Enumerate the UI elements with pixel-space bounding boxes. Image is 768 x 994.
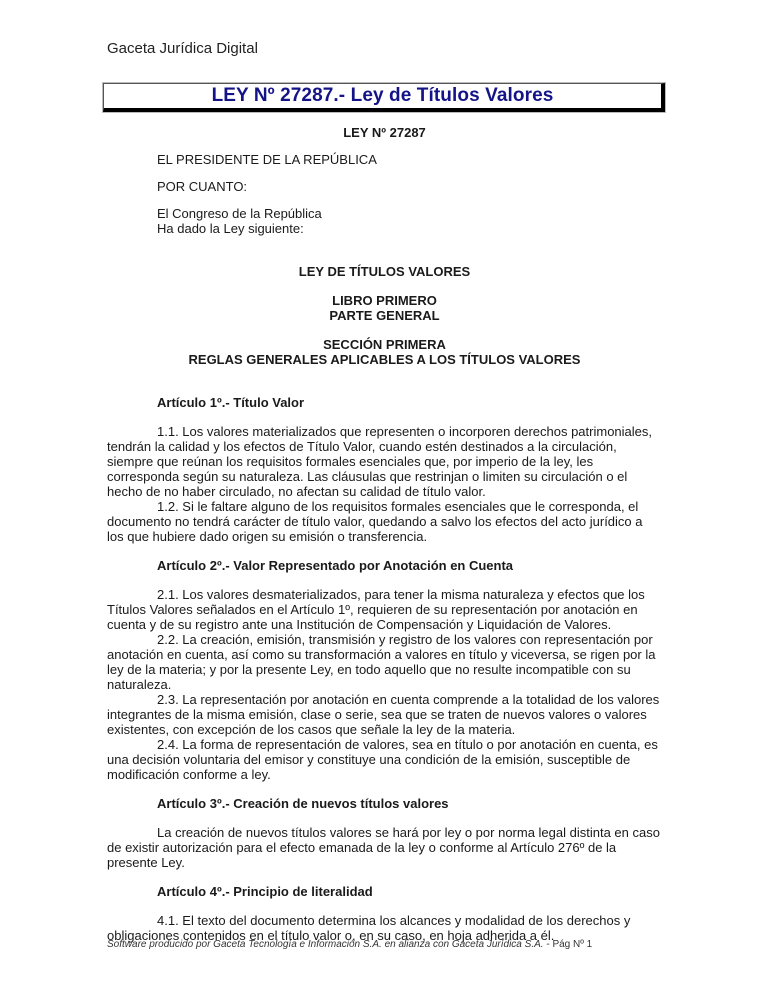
document-title-box: LEY Nº 27287.- Ley de Títulos Valores xyxy=(103,83,665,112)
article-1: Artículo 1º.- Título Valor1.1. Los valor… xyxy=(107,395,662,558)
section-title: SECCIÓN PRIMERA xyxy=(107,337,662,352)
article-paragraph: 1.2. Si le faltare alguno de los requisi… xyxy=(107,499,662,544)
section-subtitle: REGLAS GENERALES APLICABLES A LOS TÍTULO… xyxy=(107,352,662,367)
book-title: LIBRO PRIMERO xyxy=(107,293,662,308)
article-paragraph: 1.1. Los valores materializados que repr… xyxy=(107,424,662,499)
articles-list: Artículo 1º.- Título Valor1.1. Los valor… xyxy=(107,395,662,957)
article-title: Artículo 4º.- Principio de literalidad xyxy=(107,884,662,899)
article-title: Artículo 1º.- Título Valor xyxy=(107,395,662,410)
congress-line-1: El Congreso de la República xyxy=(157,206,662,221)
preamble: EL PRESIDENTE DE LA REPÚBLICA POR CUANTO… xyxy=(107,152,662,236)
document-title: LEY Nº 27287.- Ley de Títulos Valores xyxy=(212,85,554,107)
law-number: LEY Nº 27287 xyxy=(107,125,662,140)
article-3: Artículo 3º.- Creación de nuevos títulos… xyxy=(107,796,662,884)
document-body: LEY Nº 27287 EL PRESIDENTE DE LA REPÚBLI… xyxy=(107,125,662,957)
book-subtitle: PARTE GENERAL xyxy=(107,308,662,323)
law-heading: LEY DE TÍTULOS VALORES xyxy=(107,264,662,279)
por-cuanto-line: POR CUANTO: xyxy=(157,179,662,194)
article-title: Artículo 3º.- Creación de nuevos títulos… xyxy=(107,796,662,811)
article-2: Artículo 2º.- Valor Representado por Ano… xyxy=(107,558,662,796)
congress-line-2: Ha dado la Ley siguiente: xyxy=(157,221,662,236)
page-number: - Pág Nº 1 xyxy=(544,939,593,950)
footer-credit: Software producido por Gaceta Tecnología… xyxy=(107,939,544,950)
page-header: Gaceta Jurídica Digital xyxy=(107,40,258,57)
article-paragraph: 2.2. La creación, emisión, transmisión y… xyxy=(107,632,662,692)
article-title: Artículo 2º.- Valor Representado por Ano… xyxy=(107,558,662,573)
article-paragraph: La creación de nuevos títulos valores se… xyxy=(107,825,662,870)
president-line: EL PRESIDENTE DE LA REPÚBLICA xyxy=(157,152,662,167)
page-footer: Software producido por Gaceta Tecnología… xyxy=(107,939,592,950)
article-paragraph: 2.3. La representación por anotación en … xyxy=(107,692,662,737)
article-paragraph: 2.1. Los valores desmaterializados, para… xyxy=(107,587,662,632)
article-paragraph: 2.4. La forma de representación de valor… xyxy=(107,737,662,782)
